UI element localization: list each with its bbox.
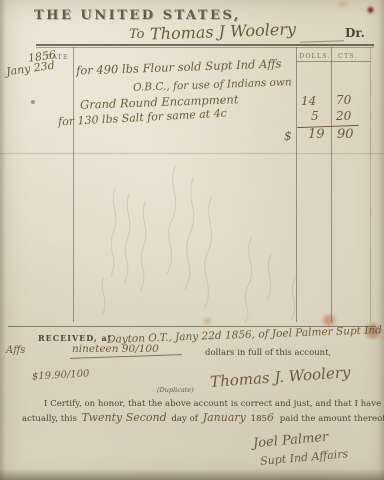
payer-signature: Joel Palmer	[252, 430, 328, 452]
total-currency-symbol: $	[284, 129, 292, 143]
to-prefix: To	[129, 27, 145, 42]
table-right-line	[370, 47, 371, 322]
ink-spot-stain	[367, 6, 374, 14]
document-title: THE UNITED STATES,	[34, 8, 241, 23]
top-stain	[336, 0, 350, 8]
received-amount-words: nineteen 90/100	[72, 343, 159, 355]
cts-column-header: CTS.	[338, 52, 358, 60]
dr-label: Dr.	[345, 26, 365, 40]
payee-signature: Thomas J. Woolery	[210, 363, 351, 391]
paper-left-edge	[0, 0, 6, 480]
amount-dolls: 5	[311, 109, 319, 123]
table-top-rule	[36, 44, 374, 46]
certify-line2: actually, this Twenty Second day of Janu…	[22, 411, 384, 424]
certify-year-printed: 185	[251, 414, 267, 424]
document-page: THE UNITED STATES, To Thomas J Woolery D…	[0, 0, 384, 480]
dolls-column-header: DOLLS.	[299, 52, 330, 60]
certify-year-script: 6	[267, 411, 274, 424]
account-row-desc: for 490 lbs Flour sold Supt Ind Affs	[76, 56, 282, 77]
duplicate-label: (Duplicate)	[157, 386, 194, 394]
received-printed-suffix: dollars in full of this account,	[205, 348, 331, 358]
amount-dolls: 14	[301, 94, 316, 108]
cts-column-line	[331, 47, 332, 322]
certify-line2-start: actually, this	[22, 414, 77, 424]
certify-line2-end: paid the amount thereof.	[280, 414, 384, 424]
ink-bleedthrough	[55, 158, 335, 323]
amount-cts: 20	[336, 109, 351, 123]
total-cts: 90	[337, 127, 354, 142]
payee-name: Thomas J Woolery	[150, 19, 297, 43]
date-column-line	[73, 47, 74, 322]
received-printed-prefix: RECEIVED, at	[38, 333, 112, 343]
received-payer-title-abbrev: Affs	[6, 345, 25, 356]
money-header-underline	[296, 61, 371, 62]
signature-flourish	[300, 40, 344, 43]
certify-line2-mid: day of	[171, 414, 198, 424]
account-row-desc: O.B.C., for use of Indians own	[133, 76, 292, 94]
total-dolls: 19	[308, 127, 325, 142]
entry-day: Jany 23d	[5, 59, 55, 79]
payer-title: Supt Ind Affairs	[260, 447, 349, 468]
amount-figures: $19.90/100	[32, 369, 90, 383]
dolls-column-line	[296, 47, 297, 322]
paper-bottom-shadow	[0, 469, 384, 480]
amount-cts: 70	[336, 93, 351, 107]
certify-month-script: January	[203, 411, 246, 424]
certify-day-script: Twenty Second	[82, 411, 167, 424]
fold-crease	[0, 153, 384, 154]
table-top-rule-2	[36, 47, 374, 48]
certify-line1: I Certify, on honor, that the above acco…	[44, 399, 381, 409]
ink-mark	[31, 100, 35, 104]
